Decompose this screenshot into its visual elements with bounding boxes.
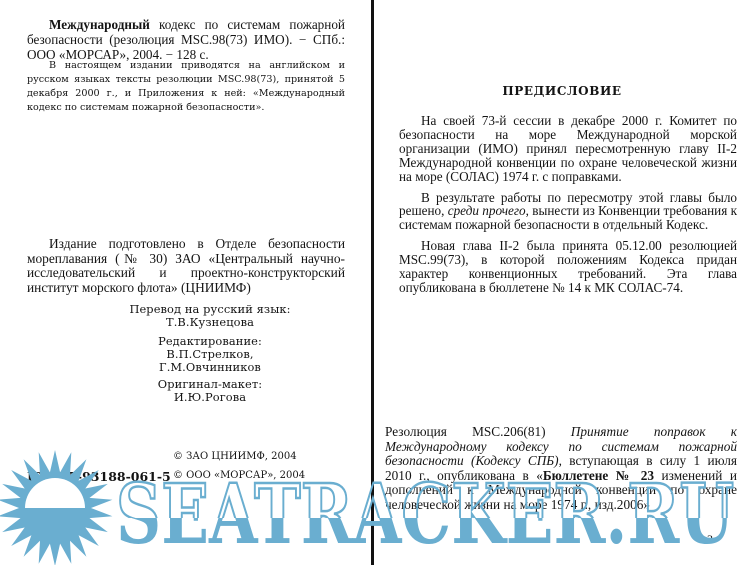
credit-editing: Редактирование: В.П.Стрелков, Г.М.Овчинн… bbox=[80, 335, 340, 374]
credit-name: Т.В.Кузнецова bbox=[80, 316, 340, 329]
page-number: 3 bbox=[707, 532, 713, 547]
credit-translation: Перевод на русский язык: Т.В.Кузнецова bbox=[80, 303, 340, 329]
bibliographic-title: Международный bbox=[49, 17, 150, 32]
prepared-by-text: Издание подготовлено в Отделе безопаснос… bbox=[27, 237, 345, 295]
preface-paragraph: Новая глава II-2 была принята 05.12.00 р… bbox=[399, 239, 737, 295]
preface-paragraph: На своей 73-й сессии в декабре 2000 г. К… bbox=[399, 114, 737, 184]
credit-layout: Оригинал-макет: И.Ю.Рогова bbox=[80, 378, 340, 404]
annotation: В настоящем издании приводятся на англий… bbox=[27, 59, 345, 115]
copyright-cniimf: © ЗАО ЦНИИМФ, 2004 bbox=[173, 451, 297, 462]
bibliographic-entry: Международный кодекс по системам пожарно… bbox=[27, 17, 345, 62]
right-page: ПРЕДИСЛОВИЕ На своей 73-й сессии в декаб… bbox=[375, 0, 749, 565]
preface-body: На своей 73-й сессии в декабре 2000 г. К… bbox=[399, 114, 737, 302]
prepared-by: Издание подготовлено в Отделе безопаснос… bbox=[27, 237, 345, 295]
copyright-morsar: © ООО «МОРСАР», 2004 bbox=[173, 470, 305, 481]
annotation-text: В настоящем издании приводятся на англий… bbox=[27, 59, 345, 115]
credit-name: Г.М.Овчинников bbox=[80, 361, 340, 374]
preface-paragraph: В результате работы по пересмотру этой г… bbox=[399, 191, 737, 233]
left-page: Международный кодекс по системам пожарно… bbox=[0, 0, 372, 565]
isbn: ISBN 5-93188-061-5 bbox=[27, 469, 171, 484]
amendment-bulletin: Бюллетене № 23 bbox=[543, 468, 654, 483]
amendment-note: Резолюция MSC.206(81) Принятие поправок … bbox=[385, 425, 737, 513]
page-spine-divider bbox=[371, 0, 374, 565]
amendment-prefix: Резолюция MSC.206(81) bbox=[385, 424, 571, 439]
preface-heading: ПРЕДИСЛОВИЕ bbox=[375, 84, 749, 98]
preface-italic: среди прочего bbox=[448, 203, 526, 218]
credit-name: И.Ю.Рогова bbox=[80, 391, 340, 404]
